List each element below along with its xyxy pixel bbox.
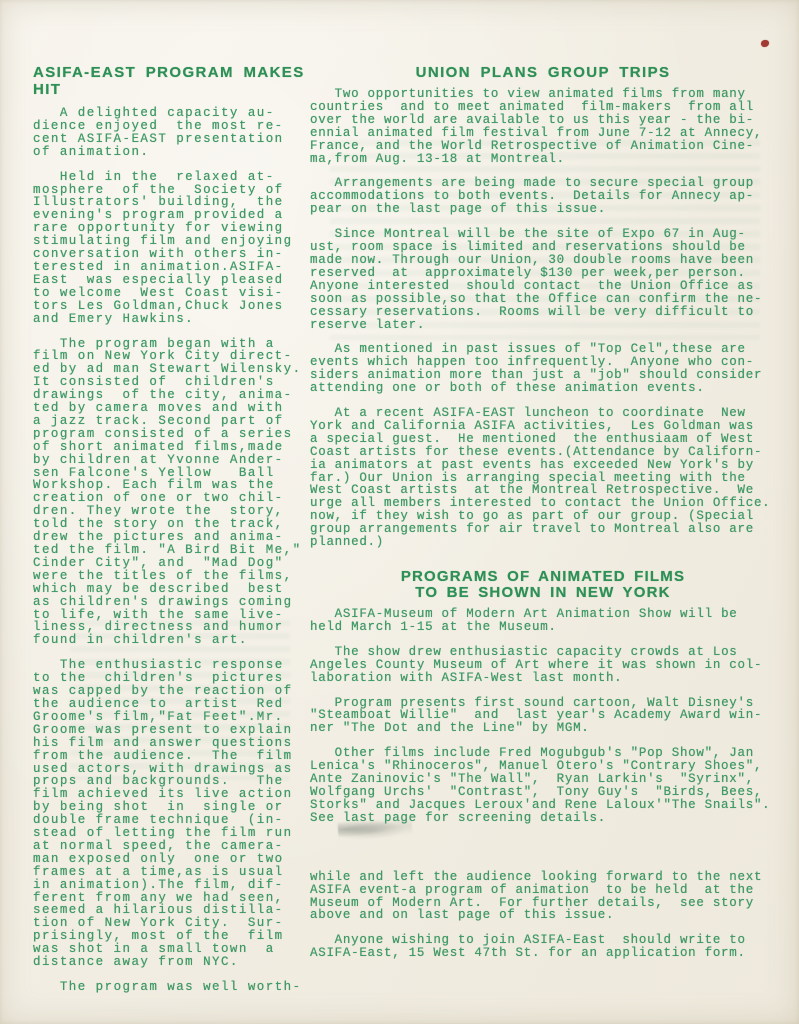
article-union-trips: UNION PLANS GROUP TRIPS Two opportunitie… [310, 64, 776, 549]
paragraph: The program was well worth- [33, 981, 307, 994]
paragraph: Program presents first sound cartoon, Wa… [310, 697, 776, 736]
paragraph: The enthusiastic response to the childre… [33, 659, 307, 969]
paragraph: Held in the relaxed at- mosphere of the … [33, 171, 307, 326]
paragraph: Other films include Fred Mogubgub's "Pop… [310, 747, 776, 824]
paragraph: while and left the audience looking forw… [310, 871, 776, 923]
red-ink-dot [761, 40, 769, 47]
paragraph: The show drew enthusiastic capacity crow… [310, 646, 776, 685]
paragraph: ASIFA-Museum of Modern Art Animation Sho… [310, 608, 776, 634]
article-heading: ASIFA-EAST PROGRAM MAKES HIT [33, 64, 307, 98]
paragraph: Since Montreal will be the site of Expo … [310, 228, 776, 331]
newsletter-page: ASIFA-EAST PROGRAM MAKES HIT A delighted… [0, 0, 799, 1024]
paragraph: The program began with a film on New Yor… [33, 338, 307, 648]
paragraph: As mentioned in past issues of "Top Cel"… [310, 343, 776, 395]
paragraph: Two opportunities to view animated films… [310, 88, 776, 165]
article-asifa-east-program: ASIFA-EAST PROGRAM MAKES HIT A delighted… [33, 64, 307, 994]
paragraph: Arrangements are being made to secure sp… [310, 177, 776, 216]
article-heading: PROGRAMS OF ANIMATED FILMS TO BE SHOWN I… [310, 569, 776, 601]
paragraph: At a recent ASIFA-EAST luncheon to coord… [310, 407, 776, 549]
article-continuation: while and left the audience looking forw… [310, 871, 776, 960]
article-heading-line1: PROGRAMS OF ANIMATED FILMS [310, 569, 776, 585]
left-column: ASIFA-EAST PROGRAM MAKES HIT A delighted… [33, 64, 307, 994]
paragraph: A delighted capacity au- dience enjoyed … [33, 107, 307, 159]
article-programs-animated-films: PROGRAMS OF ANIMATED FILMS TO BE SHOWN I… [310, 569, 776, 825]
article-heading: UNION PLANS GROUP TRIPS [310, 64, 776, 81]
article-heading-line2: TO BE SHOWN IN NEW YORK [310, 585, 776, 601]
page-columns: ASIFA-EAST PROGRAM MAKES HIT A delighted… [33, 64, 776, 994]
paragraph: Anyone wishing to join ASIFA-East should… [310, 934, 776, 960]
right-column: UNION PLANS GROUP TRIPS Two opportunitie… [310, 64, 776, 994]
